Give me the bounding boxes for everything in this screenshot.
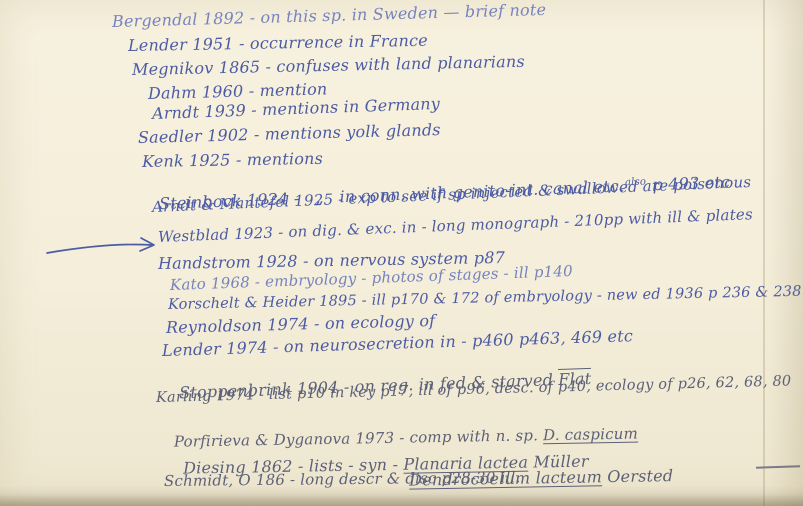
card-edge-shadow-right: [765, 0, 803, 506]
note-line: Schmidt, O 186 - long descr & disc p28-3…: [164, 468, 521, 490]
arrow-icon: [44, 234, 162, 264]
note-line: Saedler 1902 - mentions yolk glands: [138, 120, 441, 147]
card-edge-shadow-bottom: [0, 494, 803, 506]
note-text: Oersted: [602, 466, 674, 486]
note-line: Lender 1951 - occurrence in France: [128, 31, 428, 55]
note-line: Kenk 1925 - mentions: [142, 149, 323, 171]
note-line: Bergendal 1892 - on this sp. in Sweden —…: [112, 0, 547, 31]
index-card: Bergendal 1892 - on this sp. in Sweden —…: [0, 0, 803, 506]
note-line: Megnikov 1865 - confuses with land plana…: [132, 52, 525, 79]
